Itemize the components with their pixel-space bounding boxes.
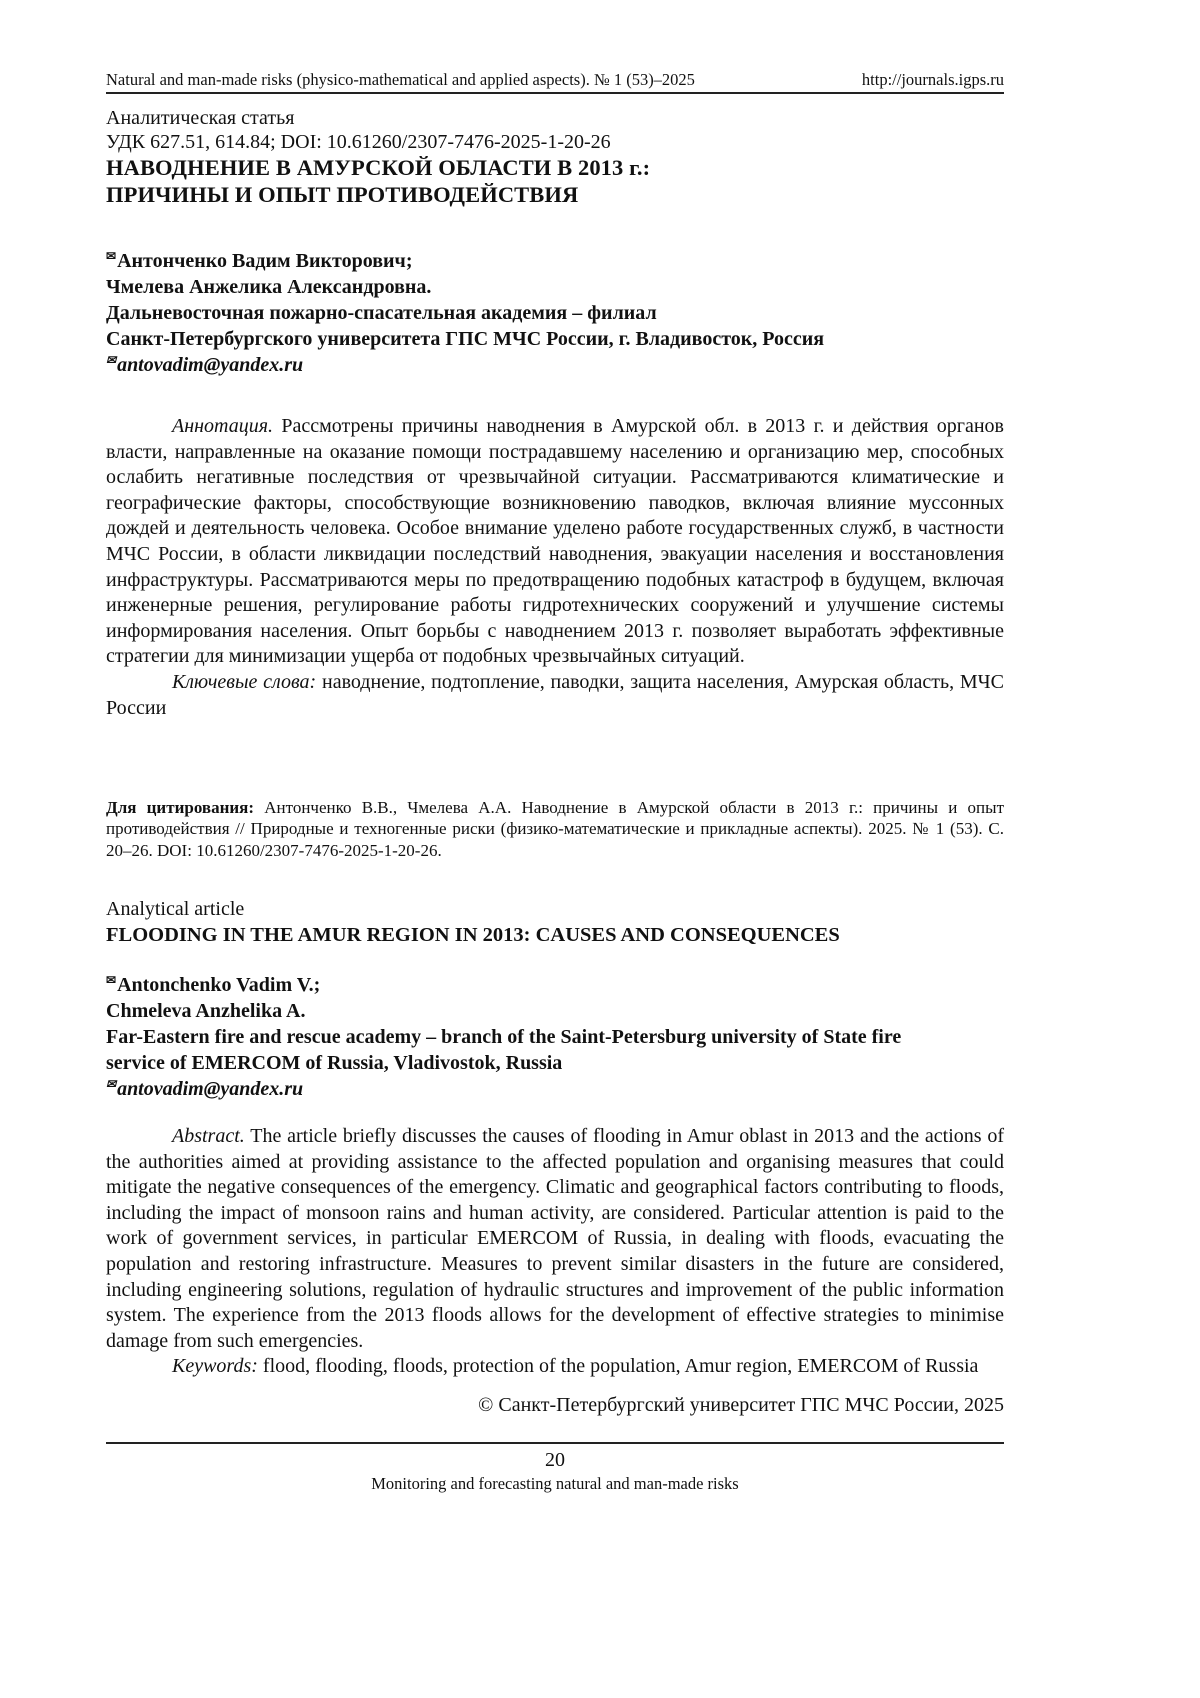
envelope-icon: ✉ [106, 250, 116, 262]
ru-email-row: ✉antovadim@yandex.ru [106, 352, 1004, 378]
ru-author-1-name: Антонченко Вадим Викторович; [117, 250, 412, 272]
en-keywords-paragraph: Keywords: flood, flooding, floods, prote… [106, 1354, 1004, 1380]
ru-keywords-label: Ключевые слова: [172, 671, 316, 693]
ru-citation-paragraph: Для цитирования: Антонченко В.В., Чмелев… [106, 797, 1004, 861]
en-title: FLOODING IN THE AMUR REGION IN 2013: CAU… [106, 922, 1004, 948]
running-header: Natural and man-made risks (physico-math… [106, 66, 1004, 90]
ru-citation-label: Для цитирования: [106, 798, 254, 817]
envelope-icon: ✉ [106, 354, 116, 366]
ru-abstract-label: Аннотация. [172, 415, 273, 437]
en-abstract-paragraph: Abstract. The article briefly discusses … [106, 1124, 1004, 1354]
en-keywords-label: Keywords: [172, 1355, 258, 1377]
ru-keywords-paragraph: Ключевые слова: наводнение, подтопление,… [106, 670, 1004, 721]
ru-udc-doi: УДК 627.51, 614.84; DOI: 10.61260/2307-7… [106, 130, 1004, 154]
en-author-2: Chmeleva Anzhelika A. [106, 998, 1004, 1024]
en-abstract: Abstract. The article briefly discusses … [106, 1124, 1004, 1380]
journal-name: Natural and man-made risks (physico-math… [106, 70, 695, 90]
ru-authors: ✉Антонченко Вадим Викторович; Чмелева Ан… [106, 248, 1004, 378]
journal-url[interactable]: http://journals.igps.ru [862, 70, 1004, 90]
en-author-1-name: Antonchenko Vadim V.; [117, 974, 320, 996]
ru-email[interactable]: antovadim@yandex.ru [117, 354, 303, 376]
ru-abstract: Аннотация. Рассмотрены причины наводнени… [106, 414, 1004, 721]
en-front-matter: Analytical article FLOODING IN THE AMUR … [106, 896, 1004, 948]
footer-journal-title: Monitoring and forecasting natural and m… [106, 1474, 1004, 1494]
en-article-type: Analytical article [106, 896, 1004, 922]
ru-article-type: Аналитическая статья [106, 106, 1004, 130]
ru-title-line2: ПРИЧИНЫ И ОПЫТ ПРОТИВОДЕЙСТВИЯ [106, 181, 1004, 208]
footer-rule [106, 1442, 1004, 1444]
ru-abstract-text: Рассмотрены причины наводнения в Амурско… [106, 415, 1004, 667]
copyright-notice: © Санкт-Петербургский университет ГПС МЧ… [478, 1393, 1004, 1417]
en-keywords-text: flood, flooding, floods, protection of t… [263, 1355, 979, 1377]
en-email-row: ✉antovadim@yandex.ru [106, 1076, 1004, 1102]
en-abstract-text: The article briefly discusses the causes… [106, 1125, 1004, 1352]
en-author-1: ✉Antonchenko Vadim V.; [106, 972, 1004, 998]
page-number: 20 [106, 1448, 1004, 1472]
ru-abstract-paragraph: Аннотация. Рассмотрены причины наводнени… [106, 414, 1004, 670]
ru-affiliation-line1: Дальневосточная пожарно-спасательная ака… [106, 300, 1004, 326]
en-affiliation-line2: service of EMERCOM of Russia, Vladivosto… [106, 1050, 1004, 1076]
en-affiliation-line1: Far-Eastern fire and rescue academy – br… [106, 1024, 1004, 1050]
en-email[interactable]: antovadim@yandex.ru [117, 1078, 303, 1100]
header-rule [106, 92, 1004, 94]
ru-author-2: Чмелева Анжелика Александровна. [106, 274, 1004, 300]
ru-author-1: ✉Антонченко Вадим Викторович; [106, 248, 1004, 274]
envelope-icon: ✉ [106, 974, 116, 986]
envelope-icon: ✉ [106, 1078, 116, 1090]
en-abstract-label: Abstract. [172, 1125, 245, 1147]
en-authors: ✉Antonchenko Vadim V.; Chmeleva Anzhelik… [106, 972, 1004, 1102]
ru-citation: Для цитирования: Антонченко В.В., Чмелев… [106, 797, 1004, 861]
ru-title-line1: НАВОДНЕНИЕ В АМУРСКОЙ ОБЛАСТИ В 2013 г.: [106, 154, 1004, 181]
ru-front-matter: Аналитическая статья УДК 627.51, 614.84;… [106, 106, 1004, 208]
ru-affiliation-line2: Санкт-Петербургского университета ГПС МЧ… [106, 326, 1004, 352]
